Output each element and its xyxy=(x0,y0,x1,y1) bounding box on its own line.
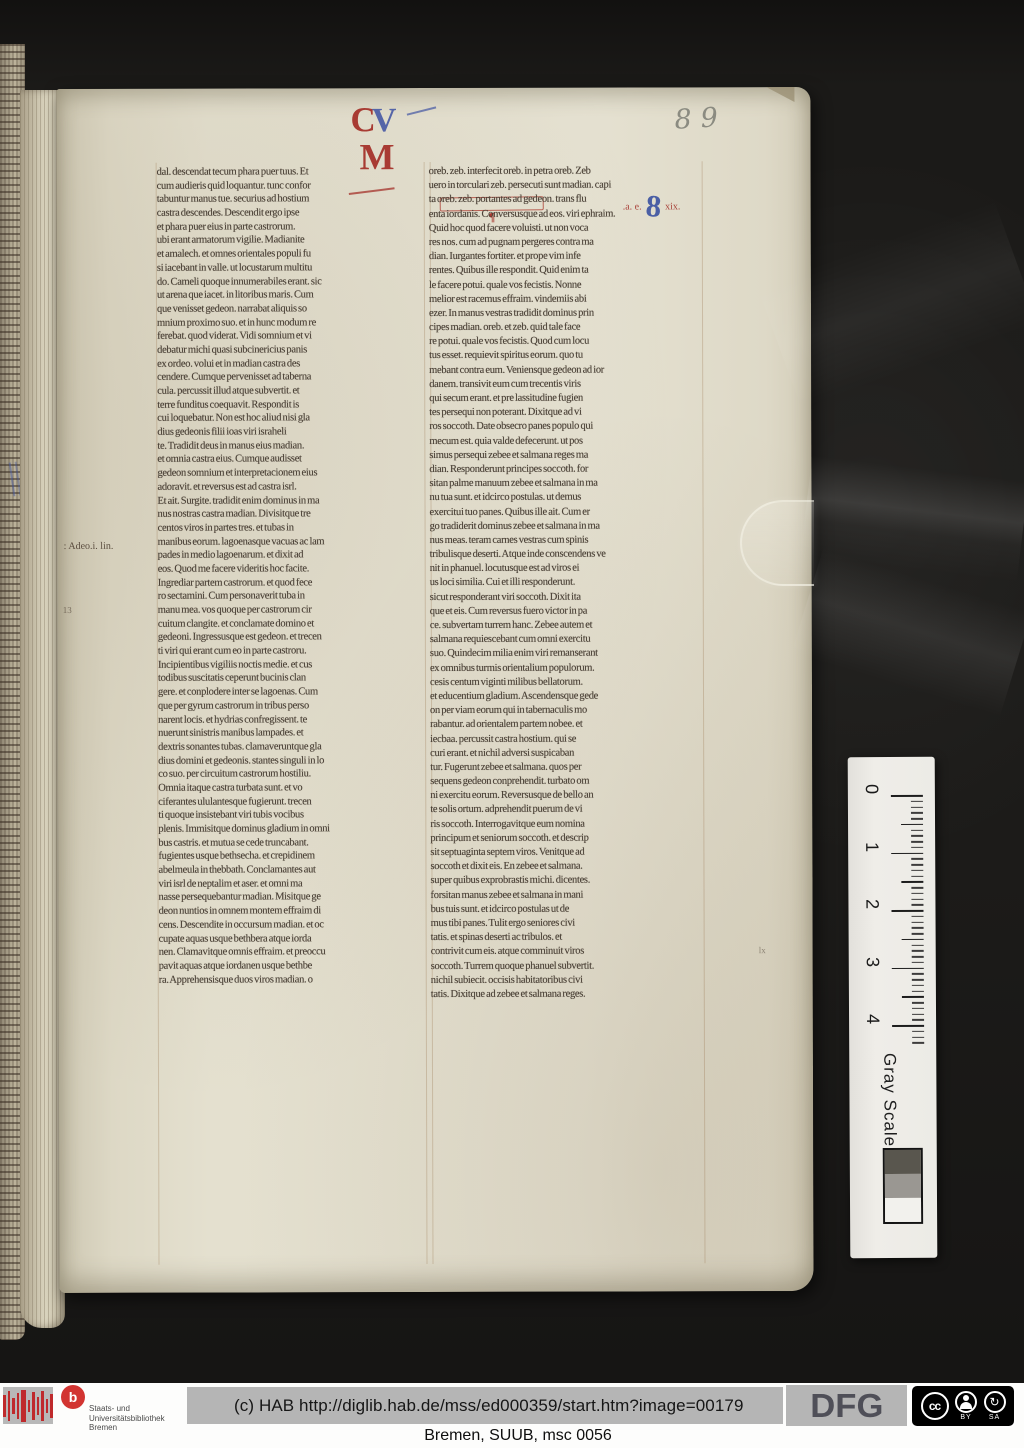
manuscript-line: gedeoni. Ingressusque est gedeon. et tre… xyxy=(158,630,434,644)
photo-stage: CV M 89 .a. e. 8 xix. : Adeo.i. lin. 13 … xyxy=(0,0,1024,1448)
ruler-tick xyxy=(892,967,924,969)
dog-ear-fold xyxy=(766,87,794,102)
manuscript-line: ris soccoth. Interrogavitque eum nomina xyxy=(430,817,706,832)
cc-sa-arrow-icon: ↻ xyxy=(984,1391,1006,1413)
ruler-tick xyxy=(911,835,923,837)
manuscript-line: bus castris. et mutua se cede truncabant… xyxy=(158,836,434,850)
manuscript-line: viri isrl de neptalim et aser. et omni m… xyxy=(158,877,434,891)
manuscript-line: te solis ortum. adprehendit puerum de vi xyxy=(430,803,706,818)
manuscript-line: cupate aquas usque bethbera atque iorda xyxy=(159,932,435,946)
manuscript-line: ro sectamini. Cum personaverit tuba in xyxy=(158,589,434,603)
library-name-line: Staats- und xyxy=(89,1404,165,1414)
manuscript-line: pavit aquas atque iordanen usque bethbe xyxy=(159,959,435,973)
ruler-tick xyxy=(912,921,924,923)
logo-bar xyxy=(17,1393,19,1419)
manuscript-line: que et eis. Cum reversus fuero victor in… xyxy=(430,604,706,619)
manuscript-line: le facere potui. quale vos fecistis. Non… xyxy=(429,278,705,293)
manuscript-line: ferebat. quod viderat. Vidi somnium et v… xyxy=(157,329,433,343)
manuscript-line: tus esset. requievit spiritus eorum. quo… xyxy=(429,349,705,364)
folio-number: 89 xyxy=(674,102,728,136)
manuscript-line: dextris sonantes tubas. clamaveruntque g… xyxy=(158,740,434,754)
manuscript-line: ti viri qui erant cum eo in parte castro… xyxy=(158,644,434,658)
logo-bar xyxy=(41,1391,45,1421)
cc-sa-label: SA xyxy=(989,1414,1000,1421)
manuscript-line: nus nostras castra madian. Divisitque tr… xyxy=(158,507,434,521)
manuscript-line: ra. Apprehensisque duos viros madian. o xyxy=(159,973,435,987)
manuscript-line: mus tibi panes. Tulit ergo seniores civi xyxy=(431,916,707,931)
manuscript-line: Quid hoc quod facere voluisti. ut non vo… xyxy=(429,221,705,236)
manuscript-line: cui loquebatur. Non est hoc aliud nisi g… xyxy=(157,411,433,425)
manuscript-line: que per gyrum castrorum in tribus perso xyxy=(158,699,434,713)
manuscript-line: us loci similia. Cui et illi responderun… xyxy=(430,576,706,591)
manuscript-line: exercitui tuo panes. Quibus ille ait. Cu… xyxy=(430,505,706,520)
manuscript-line: salmana requiescebant cum omni exercitu xyxy=(430,632,706,647)
ruler-tick xyxy=(911,893,923,895)
ruler-tick xyxy=(912,1019,924,1021)
cc-by-column: BY xyxy=(955,1391,977,1421)
manuscript-line: si iacebant in valle. ut locustarum mult… xyxy=(157,261,433,275)
manuscript-line: dius gedeonis filii ioas viri israheli xyxy=(157,425,433,439)
initial-v: V xyxy=(372,102,397,139)
manuscript-line: fugientes usque bethsecha. et crepidinem xyxy=(158,849,434,863)
ruler-tick xyxy=(891,852,923,854)
manuscript-line: nu tua sunt. et idcirco postulas. ut dem… xyxy=(429,491,705,506)
dfg-logo: DFG xyxy=(786,1385,907,1426)
manuscript-line: eos. Quod me facere videritis hoc facite… xyxy=(158,562,434,576)
gray-scale-square xyxy=(885,1198,921,1222)
logo-bar xyxy=(37,1397,39,1415)
manuscript-line: mecum est. quia valde defecerunt. ut pos xyxy=(429,434,705,449)
manuscript-line: cuitum clangite. et conclamate domino et xyxy=(158,617,434,631)
text-column-2: oreb. zeb. interfecit oreb. in petra ore… xyxy=(429,164,707,1002)
manuscript-line: cum audieris quid loquantur. tunc confor xyxy=(157,179,433,193)
manuscript-line: ni exercitu eorum. Reversusque de bello … xyxy=(430,789,706,804)
suub-logo-bars xyxy=(3,1387,53,1424)
manuscript-line: simus persequi zebee et salmana reges ma xyxy=(429,448,705,463)
manuscript-line: cipes madian. oreb. et zeb. quid tale fa… xyxy=(429,320,705,335)
credit-box: (c) HAB http://diglib.hab.de/mss/ed00035… xyxy=(187,1387,783,1424)
manuscript-line: cens. Descendite in occursum madian. et … xyxy=(159,918,435,932)
ruler-tick xyxy=(912,973,924,975)
manuscript-line: manu mea. vos quoque per castrorum cir xyxy=(158,603,434,617)
logo-bar xyxy=(28,1400,30,1412)
ruler-tick xyxy=(902,939,924,941)
cc-by-person-icon xyxy=(955,1391,977,1413)
manuscript-line: melior est racemus effraim. vindemiis ab… xyxy=(429,292,705,307)
ruler-tick xyxy=(902,996,924,998)
ruler-tick xyxy=(912,944,924,946)
manuscript-line: manibus eorum. lagoenasque vacuas ac lam xyxy=(158,535,434,549)
text-column-1: dal. descendat tecum phara puer tuus. Et… xyxy=(157,165,435,987)
logo-bar xyxy=(8,1391,10,1421)
ruler-tick xyxy=(912,962,924,964)
manuscript-line: qui secum erant. et pre lassitudine fugi… xyxy=(429,391,705,406)
manuscript-line: Et ait. Surgite. tradidit enim dominus i… xyxy=(157,494,433,508)
ruler-tick xyxy=(911,858,923,860)
manuscript-line: terre funditus coequavit. Respondit is xyxy=(157,398,433,412)
manuscript-line: suo. Quindecim milia enim viri remansera… xyxy=(430,647,706,662)
ruler-tick xyxy=(912,1008,924,1010)
manuscript-line: ti quoque insistebant viri tubis vocibus xyxy=(158,808,434,822)
manuscript-line: todibus suscitatis ceperunt bucinis clan xyxy=(158,671,434,685)
ruler-tick xyxy=(901,824,923,826)
manuscript-page: CV M 89 .a. e. 8 xix. : Adeo.i. lin. 13 … xyxy=(56,87,813,1293)
manuscript-line: tribulisque deserti. Atque inde conscend… xyxy=(430,547,706,562)
library-name-line: Universitätsbibliothek xyxy=(89,1414,165,1424)
manuscript-line: et amalech. et omnes orientales populi f… xyxy=(157,247,433,261)
ruler-tick xyxy=(911,801,923,803)
ruler-tick xyxy=(911,898,923,900)
manuscript-line: ut arena que iacet. in litoribus maris. … xyxy=(157,288,433,302)
ruler-tick xyxy=(911,887,923,889)
cc-sa-column: ↻ SA xyxy=(984,1391,1006,1421)
gray-scale-square xyxy=(885,1150,921,1174)
ruler-tick xyxy=(912,990,924,992)
manuscript-line: ciferantes ululantesque fugierunt. trece… xyxy=(158,795,434,809)
manuscript-line: ezer. In manus vestras tradidit dominus … xyxy=(429,306,705,321)
manuscript-line: rentes. Quibus ille respondit. Quid enim… xyxy=(429,264,705,279)
manuscript-line: tur. Fugerunt zebee et salmana. quos per xyxy=(430,760,706,775)
logo-bar xyxy=(21,1390,26,1422)
ruler-tick xyxy=(911,875,923,877)
manuscript-line: ex ordeo. volui et in madian castra des xyxy=(157,357,433,371)
manuscript-line: mnium proximo suo. et in hunc modum re xyxy=(157,316,433,330)
ruler-tick xyxy=(891,910,923,912)
manuscript-line: nus meas. teram carnes vestras cum spini… xyxy=(430,533,706,548)
manuscript-line: bus tuis sunt. et idcirco postulas ut de xyxy=(431,902,707,917)
ruler-tick xyxy=(911,841,923,843)
logo-bar xyxy=(32,1392,35,1420)
gray-scale-square xyxy=(885,1174,921,1198)
manuscript-line: ex omnibus turmis orientalium populorum. xyxy=(430,661,706,676)
manuscript-line: que venisset gedeon. narrabat aliquis so xyxy=(157,302,433,316)
manuscript-line: tatis. Dixitque ad zebee et salmana rege… xyxy=(431,987,707,1002)
ruler-tick xyxy=(912,927,924,929)
margin-gloss: : Adeo.i. lin. xyxy=(64,541,114,552)
manuscript-line: dian. Responderunt principes soccoth. fo… xyxy=(429,462,705,477)
manuscript-line: contrivit cum eis. atque comminuit viros xyxy=(431,945,707,960)
pen-flourish xyxy=(407,106,437,115)
manuscript-line: sit septuaginta septem viros. Venitque a… xyxy=(430,845,706,860)
manuscript-line: castra descendes. Descendit ergo ipse xyxy=(157,206,433,220)
ruler-tick xyxy=(901,881,923,883)
manuscript-line: gere. et conplodere inter se lagoenas. C… xyxy=(158,685,434,699)
manuscript-line: nen. Clamavitque omnis effraim. et preoc… xyxy=(159,945,435,959)
manuscript-line: narent locis. et hydrias confregissent. … xyxy=(158,713,434,727)
manuscript-line: do. Cameli quoque innumerabiles erant. s… xyxy=(157,275,433,289)
ruler-tick xyxy=(912,1031,924,1033)
credit-text: (c) HAB http://diglib.hab.de/mss/ed00035… xyxy=(234,1396,744,1416)
ruler-tick xyxy=(911,870,923,872)
margin-faint-mark: lx xyxy=(759,945,766,955)
ruler-tick xyxy=(911,864,923,866)
ruler-tick xyxy=(912,1036,924,1038)
manuscript-line: mebant contra eum. Veniensque gedeon ad … xyxy=(429,363,705,378)
ruler-tick xyxy=(912,956,924,958)
manuscript-line: forsitan manus zebee et salmana in mani xyxy=(431,888,707,903)
gray-scale-label: Gray Scale xyxy=(879,1053,899,1147)
manuscript-line: et educentium gladium. Ascendensque gede xyxy=(430,689,706,704)
ruler-tick xyxy=(911,847,923,849)
logo-bar xyxy=(50,1394,53,1418)
cc-icon: cc xyxy=(921,1392,949,1420)
ruler-tick xyxy=(911,806,923,808)
manuscript-line: deon nuntios in omnem montem effraim di xyxy=(159,904,435,918)
ruler-tick xyxy=(912,950,924,952)
manuscript-line: Ingrediar partem castrorum. et quod fece xyxy=(158,576,434,590)
ruler-tick xyxy=(912,979,924,981)
logo-bar xyxy=(46,1399,48,1413)
manuscript-line: tatis. et spinas deserti ac tribulos. et xyxy=(431,930,707,945)
ruler-tick xyxy=(912,985,924,987)
manuscript-line: pades in medio lagoenarum. et dixit ad xyxy=(158,548,434,562)
manuscript-line: sicut responderant viri soccoth. Dixit i… xyxy=(430,590,706,605)
manuscript-line: co suo. per circuitum castrorum hostiliu… xyxy=(158,767,434,781)
manuscript-line: gedeon somnium et interpretacionem eius xyxy=(157,466,433,480)
ruler-tick xyxy=(912,933,924,935)
logo-bar xyxy=(12,1398,16,1414)
ruler-number: 3 xyxy=(862,957,883,967)
ruler-tick xyxy=(911,812,923,814)
ruler-tick xyxy=(912,916,924,918)
ruler-tick xyxy=(911,818,923,820)
manuscript-line: uero in torculari zeb. persecuti sunt ma… xyxy=(429,178,705,193)
manuscript-line: sitan palme manuum zebee et salmana in m… xyxy=(429,476,705,491)
manuscript-line: adoravit. et reversus est ad castra isrl… xyxy=(157,480,433,494)
manuscript-line: plenis. Immisitque dominus gladium in om… xyxy=(158,822,434,836)
manuscript-line: principum et seniorum soccoth. et descri… xyxy=(430,831,706,846)
gray-scale-ruler: 01234 Gray Scale xyxy=(848,757,938,1258)
manuscript-line: danem. transivit eum cum trecentis viris xyxy=(429,377,705,392)
ruler-tick xyxy=(912,1002,924,1004)
manuscript-line: enta iordanis. Conversusque ad eos. viri… xyxy=(429,207,705,222)
margin-number: 13 xyxy=(63,605,72,615)
manuscript-line: super quibus exprobrastis michi. dicente… xyxy=(430,874,706,889)
ruler-number: 0 xyxy=(861,784,882,794)
manuscript-line: ubi erant armatorum vigilie. Madianite xyxy=(157,233,433,247)
manuscript-line: ta oreb. zeb. portantes ad gedeon. trans… xyxy=(429,193,705,208)
manuscript-line: soccoth. Turrem quoque phanuel subvertit… xyxy=(431,959,707,974)
dfg-letters: DFG xyxy=(810,1387,883,1425)
manuscript-line: iecbaa. percussit castra hostium. qui se xyxy=(430,732,706,747)
manuscript-line: cula. percussit illud atque subvertit. e… xyxy=(157,384,433,398)
manuscript-line: re potui. quale vos fecistis. Quod cum l… xyxy=(429,335,705,350)
manuscript-line: curi erant. et nichil adversi suspicaban xyxy=(430,746,706,761)
manuscript-line: et phara puer eius in parte castrorum. xyxy=(157,220,433,234)
cc-by-label: BY xyxy=(960,1414,971,1421)
manuscript-line: rabantur. ad orientalem partem nobee. et xyxy=(430,718,706,733)
cc-license-badge: cc BY ↻ SA xyxy=(910,1384,1016,1428)
manuscript-line: tes persequi non poterant. Dixitque ad v… xyxy=(429,405,705,420)
shelfmark: Bremen, SUUB, msc 0056 xyxy=(6,1427,1024,1445)
logo-bar xyxy=(3,1395,6,1417)
manuscript-line: sequens gedeon conprehendit. turbato om xyxy=(430,774,706,789)
manuscript-line: cesis centum viginti milibus bellatorum. xyxy=(430,675,706,690)
manuscript-line: et omnia castra eius. Cumque audisset xyxy=(157,452,433,466)
manuscript-line: dal. descendat tecum phara puer tuus. Et xyxy=(157,165,433,179)
manuscript-line: nasse persequebantur madian. Misitque ge xyxy=(159,890,435,904)
clip-reflection-streak xyxy=(797,439,1024,605)
manuscript-line: ce. subvertam turrem hanc. Zebee autem e… xyxy=(430,618,706,633)
manuscript-line: cendere. Cumque pervenisset ad taberna xyxy=(157,370,433,384)
ruler-tick xyxy=(891,795,923,797)
ruler-number: 2 xyxy=(861,899,882,909)
suub-b-letter: b xyxy=(69,1389,78,1405)
manuscript-line: go tradiderit dominus zebee et salmana i… xyxy=(430,519,706,534)
manuscript-line: soccoth et dixit eis. En zebee et salman… xyxy=(430,859,706,874)
ruler-tick xyxy=(912,1013,924,1015)
clip-reflection-streak xyxy=(781,524,1024,750)
ruler-tick xyxy=(892,1025,924,1027)
manuscript-line: te. Tradidit deus in manus eius madian. xyxy=(157,439,433,453)
gray-scale-squares xyxy=(883,1148,923,1224)
suub-b-logo: b xyxy=(61,1385,85,1409)
manuscript-line: nuerunt sinistris manibus lampades. et xyxy=(158,726,434,740)
manuscript-line: oreb. zeb. interfecit oreb. in petra ore… xyxy=(429,164,705,179)
ruler-tick xyxy=(911,829,923,831)
manuscript-line: tabuntur manus tue. securius ad hostium xyxy=(157,192,433,206)
manuscript-line: Omnia itaque castra turbata sunt. et vo xyxy=(158,781,434,795)
manuscript-line: abelmeula in thebbath. Conclamantes aut xyxy=(158,863,434,877)
manuscript-line: dius domini et gedeonis. stantes singuli… xyxy=(158,754,434,768)
manuscript-line: dian. Iurgantes fortiter. et prope vim i… xyxy=(429,249,705,264)
manuscript-line: res nos. cum ad pugnam pergeres contra m… xyxy=(429,235,705,250)
manuscript-line: nichil subiecit. occisis habitatoribus c… xyxy=(431,973,707,988)
footer-bar: b Staats- und Universitätsbibliothek Bre… xyxy=(0,1383,1024,1448)
ruler-tick xyxy=(912,1042,924,1044)
ruler-number: 4 xyxy=(862,1014,883,1024)
manuscript-line: nit in phanuel. locutusque est ad viros … xyxy=(430,562,706,577)
ruler-tick xyxy=(911,904,923,906)
manuscript-line: centos viros in partes tres. et tubas in xyxy=(158,521,434,535)
ruler-number: 1 xyxy=(861,842,882,852)
manuscript-line: ros soccoth. Date obsecro panes populo q… xyxy=(429,420,705,435)
manuscript-line: on per viam eorum qui in tabernaculis mo xyxy=(430,703,706,718)
manuscript-line: debatur michi quasi subcinericius panis xyxy=(157,343,433,357)
manuscript-line: Incipientibus vigiliis noctis medie. et … xyxy=(158,658,434,672)
